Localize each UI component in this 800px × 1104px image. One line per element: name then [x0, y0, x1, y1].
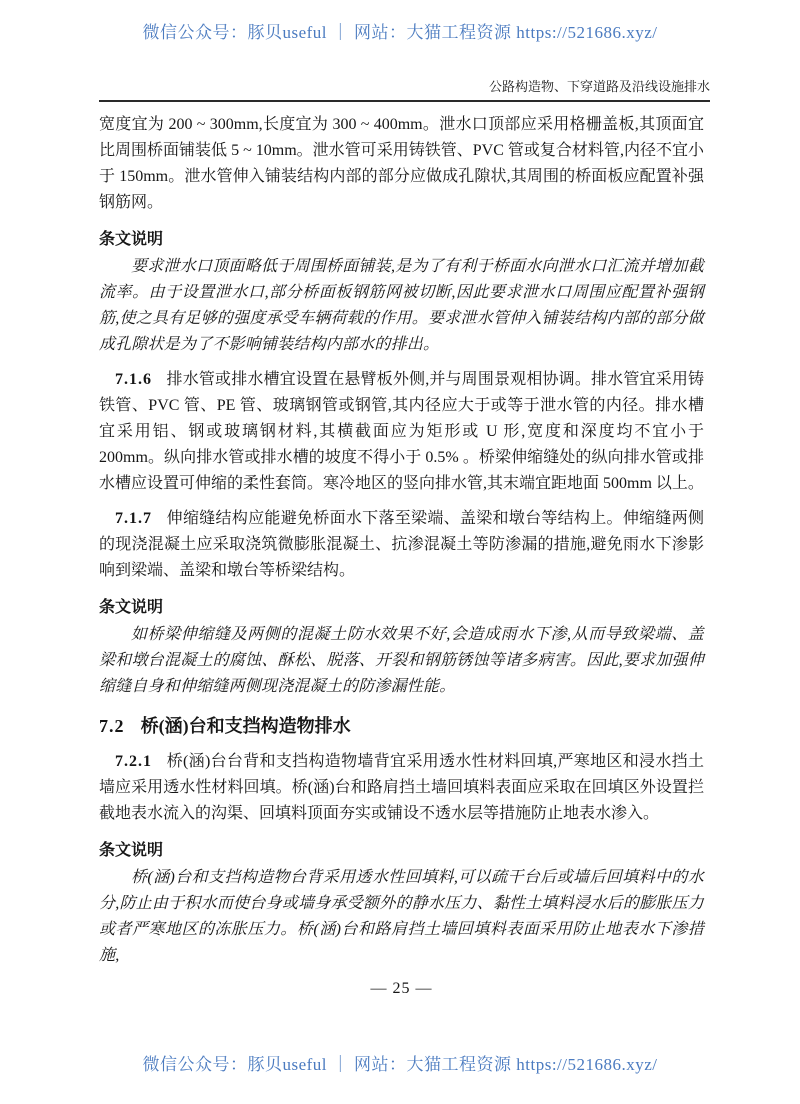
clause-text: 伸缩缝结构应能避免桥面水下落至梁端、盖梁和墩台等结构上。伸缩缝两侧的现浇混凝土应… [99, 510, 704, 579]
running-header-title: 公路构造物、下穿道路及沿线设施排水 [99, 76, 710, 102]
clause-number: 7.1.6 [115, 371, 152, 388]
clause-text: 桥(涵)台台背和支挡构造物墙背宜采用透水性材料回填,严寒地区和浸水挡土墙应采用透… [99, 753, 704, 822]
commentary-paragraph: 桥(涵)台和支挡构造物台背采用透水性回填料,可以疏干台后或墙后回填料中的水分,防… [99, 865, 704, 969]
clause-7-1-6: 7.1.6排水管或排水槽宜设置在悬臂板外侧,并与周围景观相协调。排水管宜采用铸铁… [99, 367, 704, 497]
section-title: 桥(涵)台和支挡构造物排水 [141, 716, 351, 736]
commentary-paragraph: 要求泄水口顶面略低于周围桥面铺装,是为了有利于桥面水向泄水口汇流并增加截流率。由… [99, 254, 704, 358]
bottom-watermark: 微信公众号：豚贝useful ｜ 网站：大猫工程资源 https://52168… [0, 1050, 800, 1075]
top-watermark: 微信公众号：豚贝useful ｜ 网站：大猫工程资源 https://52168… [0, 18, 800, 43]
clause-number: 7.2.1 [115, 753, 152, 770]
paragraph-continuation: 宽度宜为 200 ~ 300mm,长度宜为 300 ~ 400mm。泄水口顶部应… [99, 112, 704, 216]
document-body: 宽度宜为 200 ~ 300mm,长度宜为 300 ~ 400mm。泄水口顶部应… [99, 108, 704, 1002]
commentary-paragraph: 如桥梁伸缩缝及两侧的混凝土防水效果不好,会造成雨水下渗,从而导致梁端、盖梁和墩台… [99, 622, 704, 700]
commentary-label: 条文说明 [99, 595, 704, 621]
page-number: — 25 — [99, 976, 704, 1002]
commentary-label: 条文说明 [99, 227, 704, 253]
document-page: 微信公众号：豚贝useful ｜ 网站：大猫工程资源 https://52168… [0, 0, 800, 1104]
commentary-label: 条文说明 [99, 838, 704, 864]
section-heading-7-2: 7.2桥(涵)台和支挡构造物排水 [99, 712, 704, 740]
section-number: 7.2 [99, 716, 125, 736]
clause-number: 7.1.7 [115, 510, 152, 527]
clause-7-2-1: 7.2.1桥(涵)台台背和支挡构造物墙背宜采用透水性材料回填,严寒地区和浸水挡土… [99, 749, 704, 827]
clause-text: 排水管或排水槽宜设置在悬臂板外侧,并与周围景观相协调。排水管宜采用铸铁管、PVC… [99, 371, 704, 492]
clause-7-1-7: 7.1.7伸缩缝结构应能避免桥面水下落至梁端、盖梁和墩台等结构上。伸缩缝两侧的现… [99, 506, 704, 584]
